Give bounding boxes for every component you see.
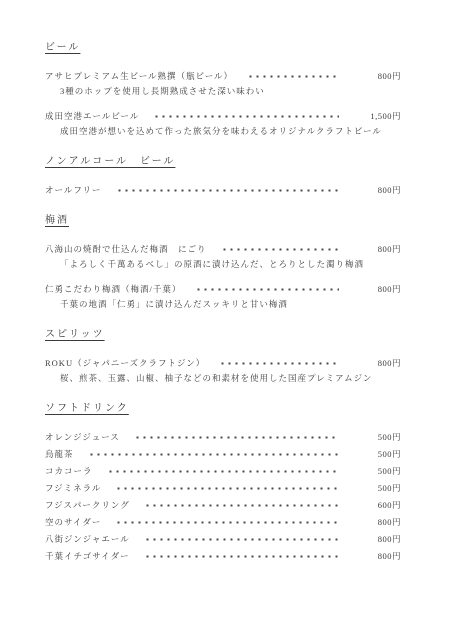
- dot-leader: [134, 433, 339, 442]
- item-description: 桜、煎茶、玉露、山椒、柚子などの和素材を使用した国産プレミアムジン: [60, 372, 401, 384]
- item-price: 600円: [351, 499, 401, 511]
- item-name: 烏龍茶: [45, 448, 74, 460]
- dot-leader: [115, 518, 339, 527]
- menu-item: フジミネラル 500円: [45, 482, 401, 494]
- menu-item: 空のサイダー 800円: [45, 516, 401, 528]
- item-name: 千葉イチゴサイダー: [45, 550, 130, 562]
- dot-leader: [107, 467, 339, 476]
- section-title-softdrinks: ソフトドリンク: [45, 403, 401, 415]
- menu-item: オールフリー 800円: [45, 184, 401, 196]
- menu-item-row: 千葉イチゴサイダー 800円: [45, 550, 401, 562]
- item-name: 八海山の焼酎で仕込んだ梅酒 にごり: [45, 243, 207, 255]
- menu-item-row: 八街ジンジャエール 800円: [45, 533, 401, 545]
- item-description: 千葉の地酒「仁勇」に漬け込んだスッキリと甘い梅酒: [60, 298, 401, 310]
- item-price: 800円: [351, 550, 401, 562]
- item-price: 800円: [351, 184, 401, 196]
- item-description: 成田空港が想いを込めて作った旅気分を味わえるオリジナルクラフトビール: [60, 125, 401, 137]
- item-price: 800円: [351, 283, 401, 295]
- item-price: 800円: [351, 70, 401, 82]
- section-title-spirits: スピリッツ: [45, 329, 401, 341]
- item-name: 成田空港エールビール: [45, 110, 139, 122]
- menu-item-row: 烏龍茶 500円: [45, 448, 401, 460]
- item-price: 500円: [351, 465, 401, 477]
- dot-leader: [195, 285, 339, 294]
- dot-leader: [221, 245, 339, 254]
- item-name: フジスパークリング: [45, 499, 130, 511]
- item-name: オールフリー: [45, 184, 102, 196]
- dot-leader: [144, 552, 339, 561]
- dot-leader: [116, 186, 340, 195]
- item-name: アサヒプレミアム生ビール熟撰（瓶ビール）: [45, 70, 233, 82]
- drink-menu-page: ビール アサヒプレミアム生ビール熟撰（瓶ビール） 800円 3種のホップを使用し…: [0, 0, 453, 640]
- menu-item-row: フジミネラル 500円: [45, 482, 401, 494]
- item-price: 500円: [351, 431, 401, 443]
- menu-item: フジスパークリング 600円: [45, 499, 401, 511]
- section-umeshu: 梅酒 八海山の焼酎で仕込んだ梅酒 にごり 800円 「よろしく千萬あるべし」の原…: [45, 215, 401, 310]
- menu-item-row: フジスパークリング 600円: [45, 499, 401, 511]
- section-nonalcohol-beer: ノンアルコール ビール オールフリー 800円: [45, 156, 401, 196]
- dot-leader: [115, 484, 339, 493]
- menu-item-row: 成田空港エールビール 1,500円: [45, 110, 401, 122]
- menu-item-row: コカコーラ 500円: [45, 465, 401, 477]
- section-softdrinks: ソフトドリンク オレンジジュース 500円 烏龍茶 500円 コカコーラ 500…: [45, 403, 401, 562]
- menu-item: 千葉イチゴサイダー 800円: [45, 550, 401, 562]
- menu-item-row: 仁勇こだわり梅酒（梅酒/千葉） 800円: [45, 283, 401, 295]
- item-name: フジミネラル: [45, 482, 101, 494]
- item-description: 「よろしく千萬あるべし」の原酒に漬け込んだ、とろりとした濁り梅酒: [60, 258, 401, 270]
- item-price: 800円: [351, 357, 401, 369]
- menu-item: 烏龍茶 500円: [45, 448, 401, 460]
- menu-item: 八街ジンジャエール 800円: [45, 533, 401, 545]
- menu-item: 成田空港エールビール 1,500円 成田空港が想いを込めて作った旅気分を味わえる…: [45, 110, 401, 137]
- item-price: 500円: [351, 482, 401, 494]
- menu-item-row: 八海山の焼酎で仕込んだ梅酒 にごり 800円: [45, 243, 401, 255]
- item-name: ROKU（ジャパニーズクラフトジン）: [45, 357, 205, 369]
- section-spirits: スピリッツ ROKU（ジャパニーズクラフトジン） 800円 桜、煎茶、玉露、山椒…: [45, 329, 401, 384]
- item-price: 800円: [351, 533, 401, 545]
- menu-item-row: アサヒプレミアム生ビール熟撰（瓶ビール） 800円: [45, 70, 401, 82]
- item-price: 1,500円: [351, 110, 401, 122]
- dot-leader: [219, 359, 339, 368]
- item-name: 八街ジンジャエール: [45, 533, 130, 545]
- item-name: 空のサイダー: [45, 516, 101, 528]
- menu-item: アサヒプレミアム生ビール熟撰（瓶ビール） 800円 3種のホップを使用し長期熟成…: [45, 70, 401, 97]
- dot-leader: [153, 112, 339, 121]
- menu-item: 仁勇こだわり梅酒（梅酒/千葉） 800円 千葉の地酒「仁勇」に漬け込んだスッキリ…: [45, 283, 401, 310]
- menu-item: ROKU（ジャパニーズクラフトジン） 800円 桜、煎茶、玉露、山椒、柚子などの…: [45, 357, 401, 384]
- section-beer: ビール アサヒプレミアム生ビール熟撰（瓶ビール） 800円 3種のホップを使用し…: [45, 42, 401, 137]
- item-price: 500円: [351, 448, 401, 460]
- item-name: オレンジジュース: [45, 431, 120, 443]
- item-name: 仁勇こだわり梅酒（梅酒/千葉）: [45, 283, 181, 295]
- section-title-umeshu: 梅酒: [45, 215, 401, 227]
- dot-leader: [144, 535, 339, 544]
- menu-item-row: オレンジジュース 500円: [45, 431, 401, 443]
- section-title-beer: ビール: [45, 42, 401, 54]
- menu-item-row: ROKU（ジャパニーズクラフトジン） 800円: [45, 357, 401, 369]
- item-price: 800円: [351, 516, 401, 528]
- menu-item: コカコーラ 500円: [45, 465, 401, 477]
- dot-leader: [88, 450, 339, 459]
- section-title-nonalcohol-beer: ノンアルコール ビール: [45, 156, 401, 168]
- dot-leader: [144, 501, 339, 510]
- item-price: 800円: [351, 243, 401, 255]
- item-name: コカコーラ: [45, 465, 93, 477]
- menu-item: 八海山の焼酎で仕込んだ梅酒 にごり 800円 「よろしく千萬あるべし」の原酒に漬…: [45, 243, 401, 270]
- dot-leader: [247, 72, 339, 81]
- menu-item-row: オールフリー 800円: [45, 184, 401, 196]
- item-description: 3種のホップを使用し長期熟成させた深い味わい: [60, 85, 401, 97]
- menu-item-row: 空のサイダー 800円: [45, 516, 401, 528]
- menu-item: オレンジジュース 500円: [45, 431, 401, 443]
